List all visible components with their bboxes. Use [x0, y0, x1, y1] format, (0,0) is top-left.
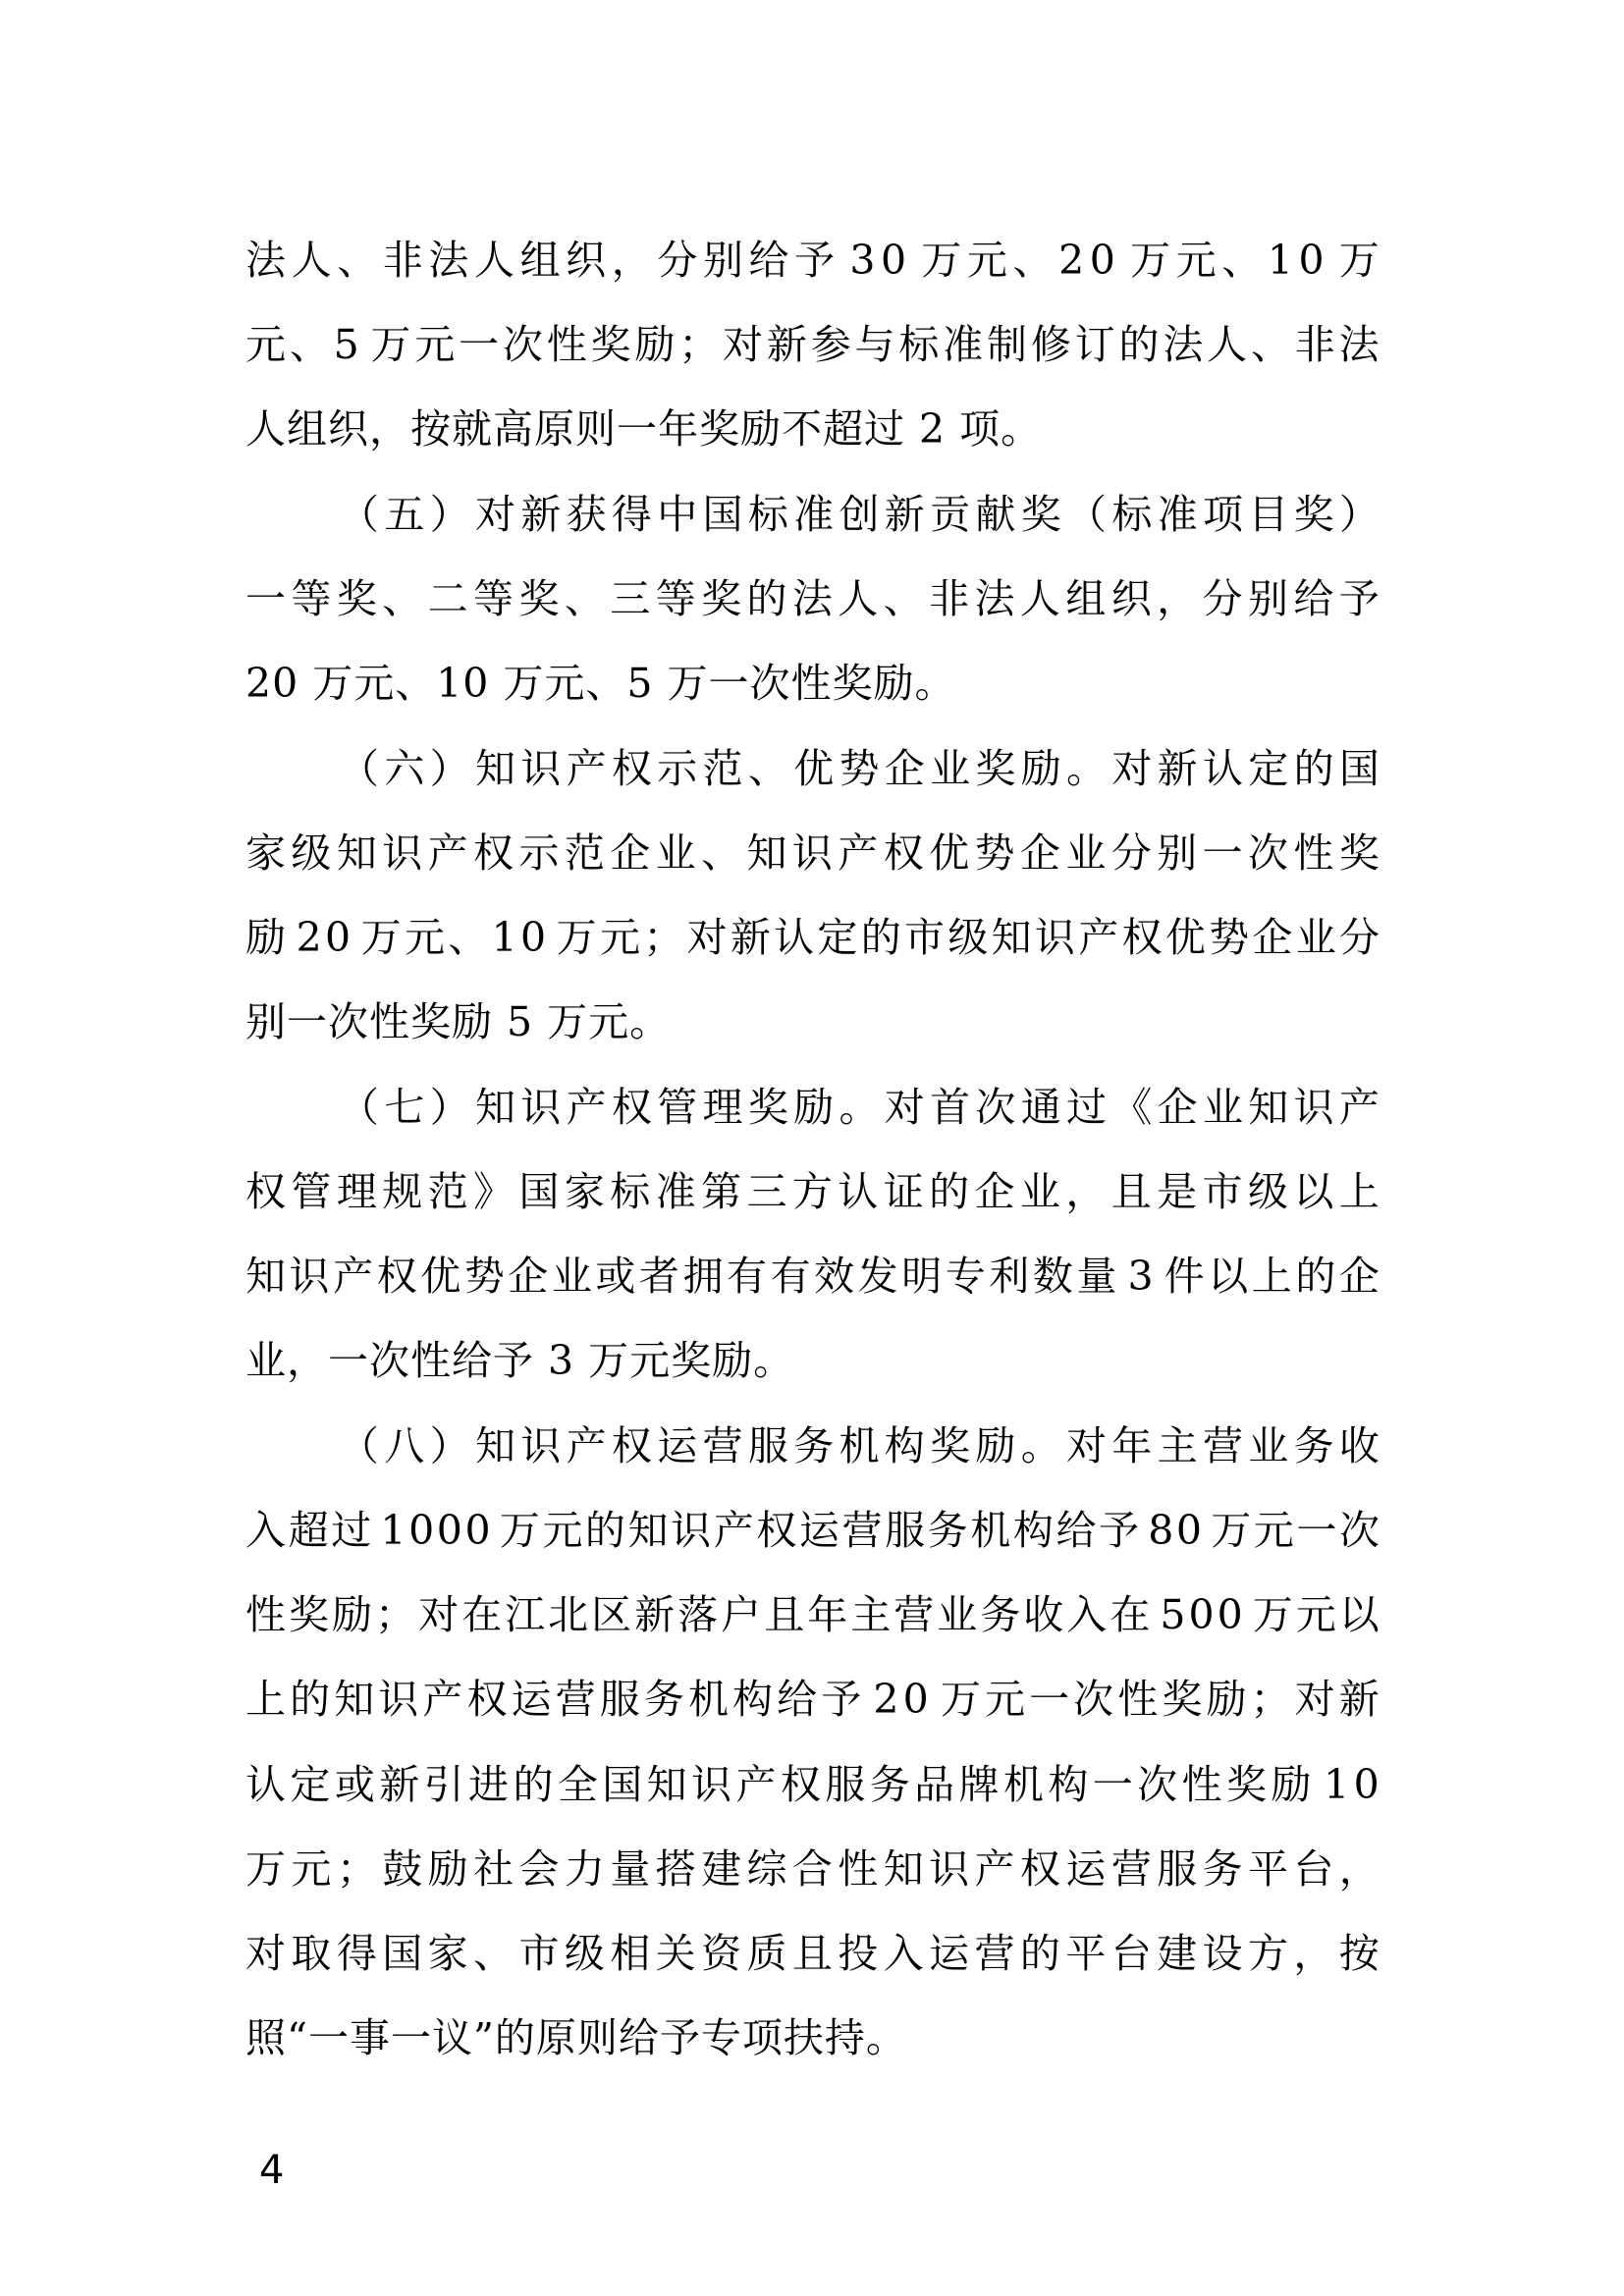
text-line: （七）知识产权管理奖励。对首次通过《企业知识产 — [339, 1078, 1380, 1137]
text-line: 认定或新引进的全国知识产权服务品牌机构一次性奖励 10 — [245, 1755, 1380, 1814]
text-line: 权管理规范》国家标准第三方认证的企业，且是市级以上 — [245, 1162, 1380, 1221]
text-line: 业，一次性给予 3 万元奖励。 — [245, 1331, 1380, 1390]
text-line: 照“一事一议”的原则给予专项扶持。 — [245, 2008, 1380, 2067]
text-line: （六）知识产权示范、优势企业奖励。对新认定的国 — [339, 739, 1380, 798]
text-line: 对取得国家、市级相关资质且投入运营的平台建设方，按 — [245, 1924, 1380, 1983]
text-line: 万元；鼓励社会力量搭建综合性知识产权运营服务平台， — [245, 1840, 1380, 1898]
text-line: （五）对新获得中国标准创新贡献奖（标准项目奖） — [339, 485, 1380, 544]
text-line: （八）知识产权运营服务机构奖励。对年主营业务收 — [339, 1416, 1380, 1475]
text-line: 上的知识产权运营服务机构给予 20 万元一次性奖励；对新 — [245, 1670, 1380, 1729]
text-line: 别一次性奖励 5 万元。 — [245, 992, 1380, 1051]
text-line: 知识产权优势企业或者拥有有效发明专利数量 3 件以上的企 — [245, 1247, 1380, 1306]
text-line: 元、5 万元一次性奖励；对新参与标准制修订的法人、非法 — [245, 315, 1380, 374]
page-number: 4 — [259, 2146, 284, 2195]
text-line: 入超过 1000 万元的知识产权运营服务机构给予 80 万元一次 — [245, 1501, 1380, 1560]
text-line: 人组织，按就高原则一年奖励不超过 2 项。 — [245, 400, 1380, 458]
text-line: 20 万元、10 万元、5 万一次性奖励。 — [245, 654, 1380, 713]
text-line: 一等奖、二等奖、三等奖的法人、非法人组织，分别给予 — [245, 569, 1380, 628]
text-line: 家级知识产权示范企业、知识产权优势企业分别一次性奖 — [245, 824, 1380, 882]
text-line: 法人、非法人组织，分别给予 30 万元、20 万元、10 万 — [245, 231, 1380, 290]
text-line: 励 20 万元、10 万元；对新认定的市级知识产权优势企业分 — [245, 908, 1380, 967]
text-line: 性奖励；对在江北区新落户且年主营业务收入在 500 万元以 — [245, 1585, 1380, 1644]
document-page: 法人、非法人组织，分别给予 30 万元、20 万元、10 万 元、5 万元一次性… — [0, 0, 1624, 2296]
